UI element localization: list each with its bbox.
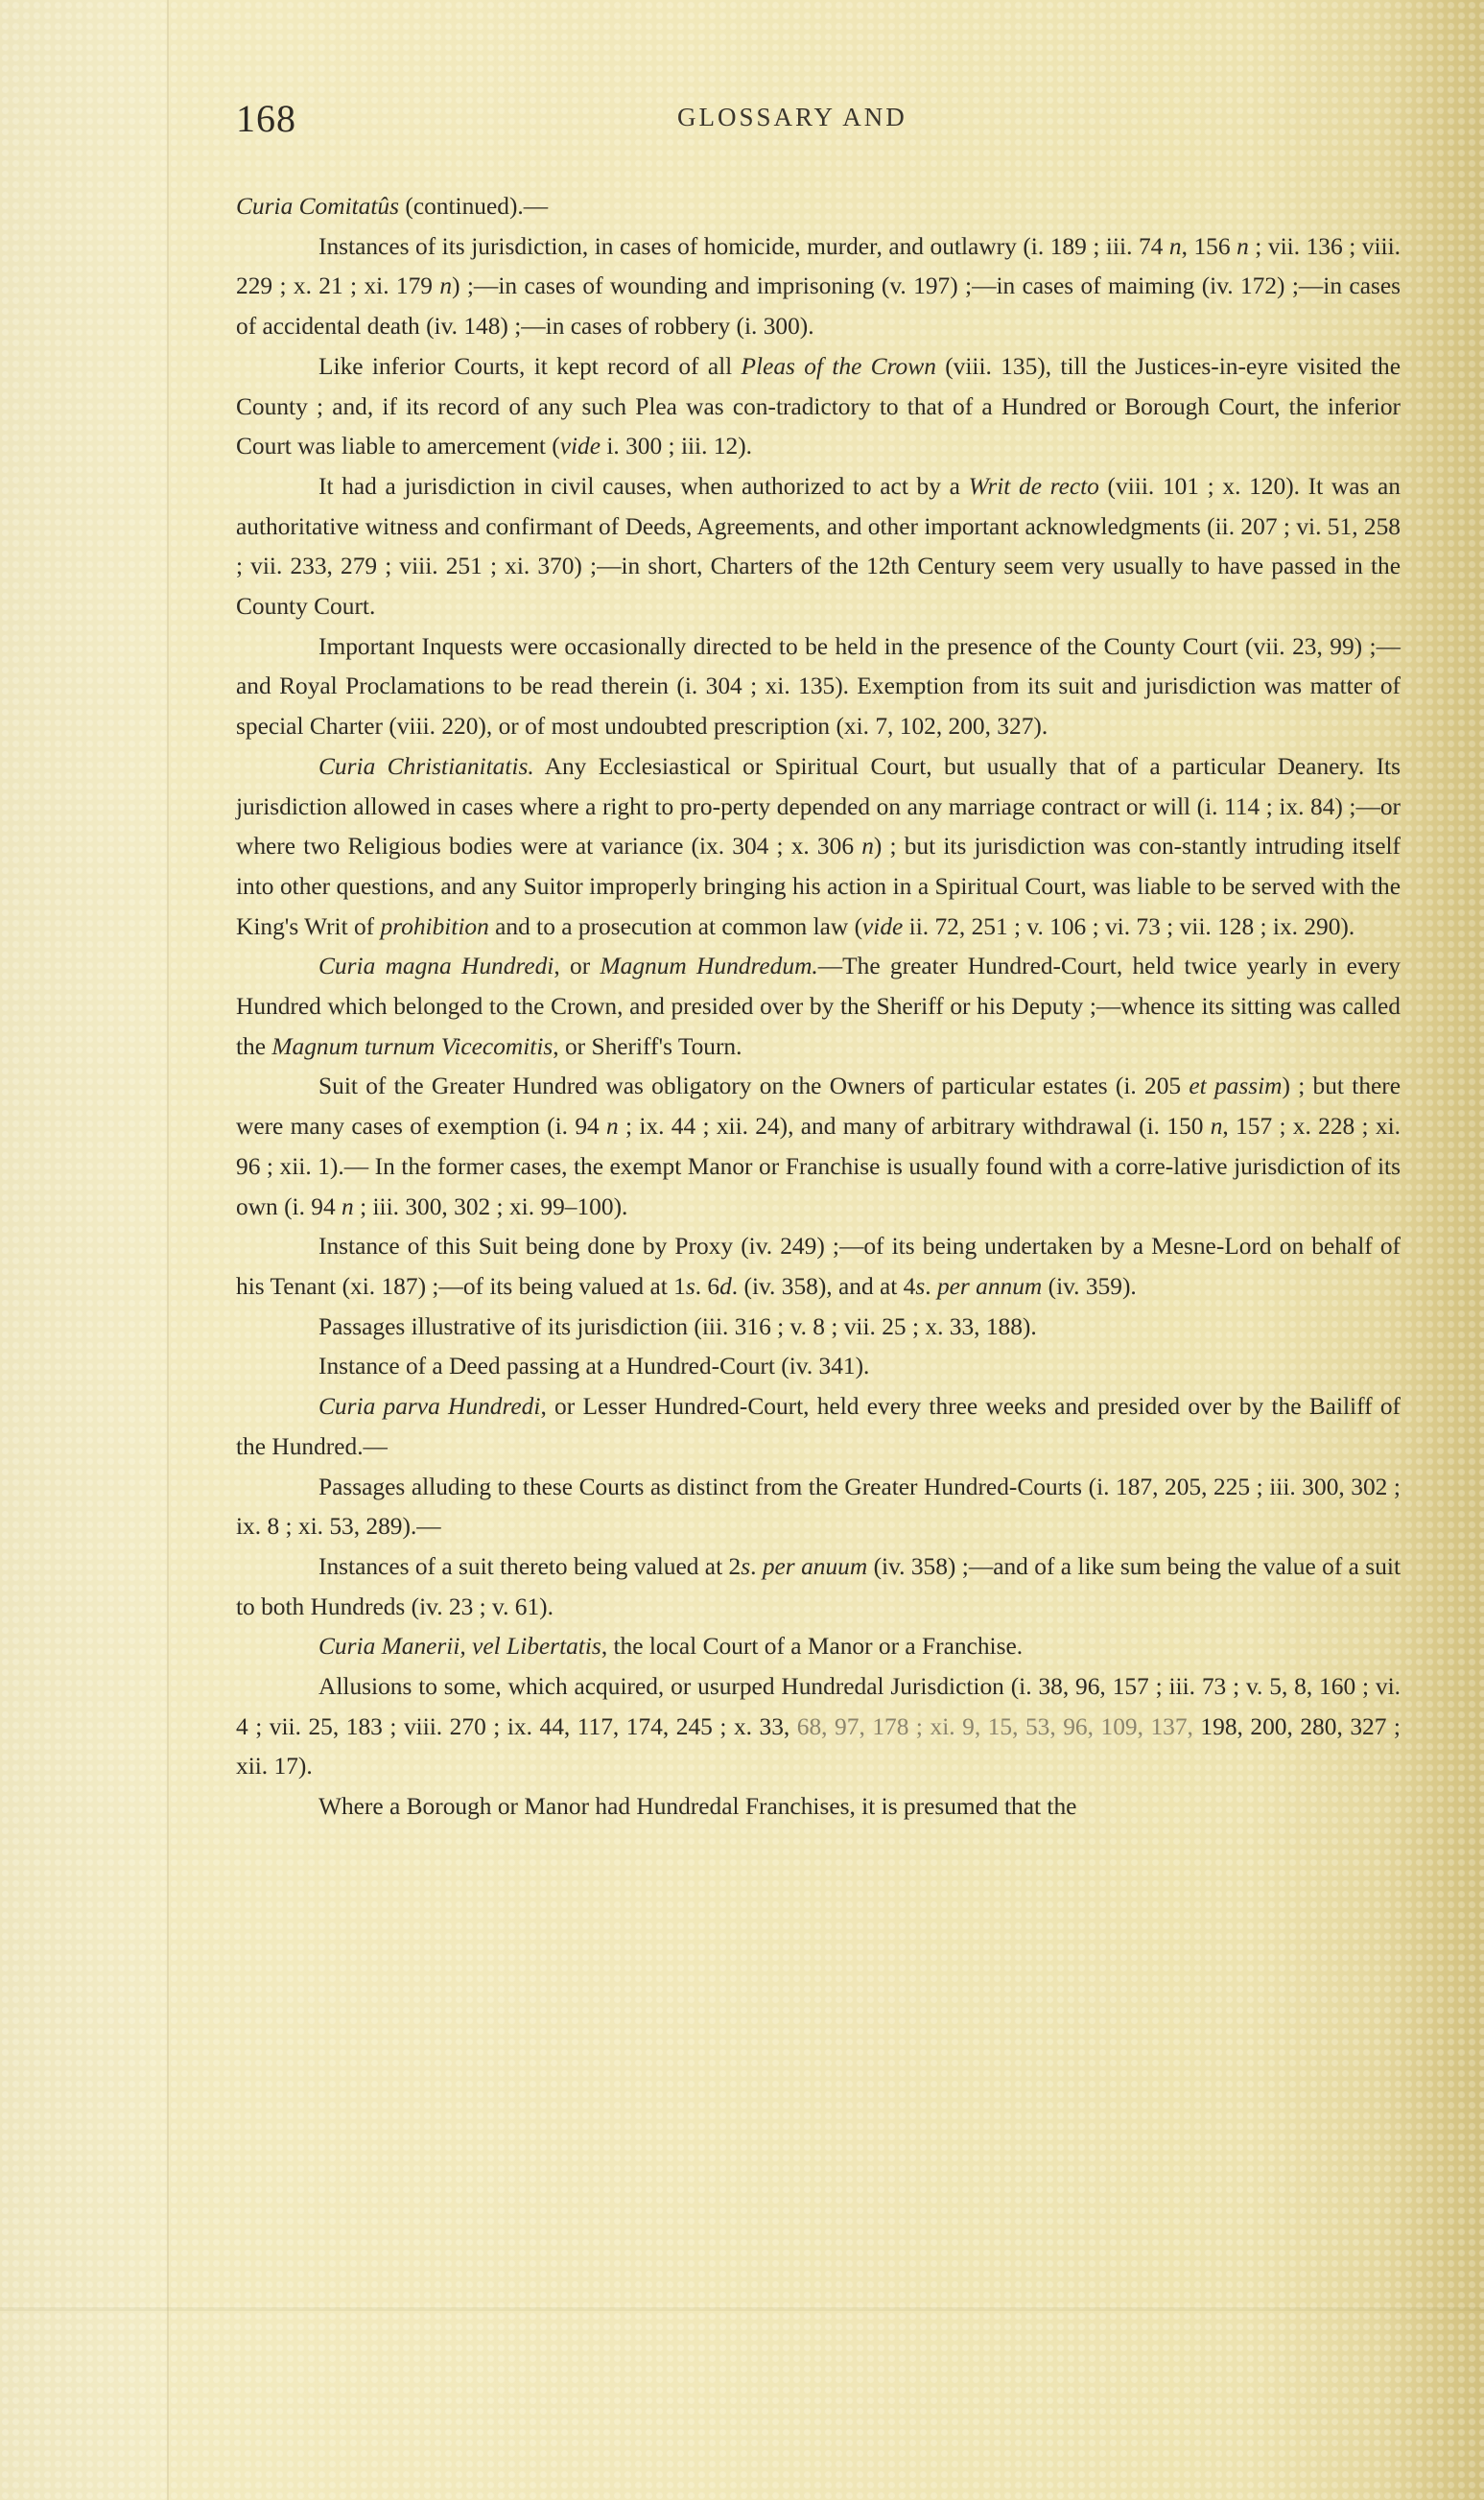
text-run: Instances of its jurisdiction, in cases …	[318, 233, 1169, 260]
italic-term: Curia magna Hundredi	[318, 953, 554, 979]
italic-term: Writ de recto	[969, 473, 1099, 500]
italic-term: n	[606, 1113, 619, 1140]
italic-term: n	[439, 272, 452, 299]
text-run: Where a Borough or Manor had Hundredal F…	[318, 1793, 1076, 1820]
glossary-entry: Curia Manerii, vel Libertatis, the local…	[236, 1627, 1401, 1667]
text-run: and to a prosecution at common law (	[489, 913, 862, 940]
glossary-paragraph: Passages illustrative of its jurisdictio…	[236, 1308, 1401, 1348]
glossary-paragraph: Like inferior Courts, it kept record of …	[236, 347, 1401, 467]
glossary-paragraph: Important Inquests were occasionally dir…	[236, 627, 1401, 747]
italic-term: vide	[862, 913, 903, 940]
text-run: Passages alluding to these Courts as dis…	[236, 1474, 1401, 1541]
text-run: ii. 72, 251 ; v. 106 ; vi. 73 ; vii. 128…	[903, 913, 1354, 940]
page-number: 168	[236, 96, 296, 141]
text-run: Passages illustrative of its jurisdictio…	[318, 1313, 1037, 1340]
text-run: 68, 97, 178 ; xi. 9, 15, 53, 96, 109, 13…	[797, 1713, 1193, 1740]
running-title: GLOSSARY AND	[677, 103, 907, 132]
italic-term: Magnum turnum Vicecomitis	[271, 1033, 553, 1060]
glossary-entry: Curia Christianitatis. Any Ecclesiastica…	[236, 747, 1401, 948]
text-run: Instances of a suit thereto being valued…	[318, 1553, 741, 1580]
italic-term: vide	[560, 433, 601, 460]
text-run: . (iv. 358), and at 4	[732, 1273, 916, 1300]
italic-term: n	[1237, 233, 1249, 260]
italic-term: n	[1211, 1113, 1223, 1140]
italic-term: et passim	[1189, 1073, 1282, 1099]
book-page: 168 GLOSSARY AND Curia Comitatûs (contin…	[0, 0, 1484, 2500]
text-run: Important Inquests were occasionally dir…	[236, 633, 1401, 740]
glossary-body: Curia Comitatûs (continued).—Instances o…	[236, 187, 1401, 1828]
glossary-paragraph: Instance of this Suit being done by Prox…	[236, 1227, 1401, 1307]
glossary-entry-continued: Curia Comitatûs (continued).—	[236, 187, 1401, 227]
italic-term: Curia Manerii, vel Libertatis	[318, 1633, 601, 1660]
italic-term: Curia Christianitatis.	[318, 753, 534, 780]
italic-term: prohibition	[380, 913, 488, 940]
italic-term: s	[741, 1553, 750, 1580]
glossary-entry: Curia parva Hundredi, or Lesser Hundred-…	[236, 1387, 1401, 1467]
text-run: .	[925, 1273, 937, 1300]
italic-term: n	[1169, 233, 1182, 260]
italic-term: d	[719, 1273, 732, 1300]
glossary-entry: Curia magna Hundredi, or Magnum Hundredu…	[236, 947, 1401, 1067]
italic-term: Curia parva Hundredi	[318, 1393, 540, 1420]
scan-gutter-edge	[167, 0, 169, 2500]
glossary-paragraph: Suit of the Greater Hundred was obligato…	[236, 1067, 1401, 1227]
text-run: i. 300 ; iii. 12).	[601, 433, 752, 460]
italic-term: per annum	[937, 1273, 1042, 1300]
text-run: Like inferior Courts, it kept record of …	[318, 353, 742, 380]
italic-term: n	[342, 1193, 354, 1220]
glossary-paragraph: Allusions to some, which acquired, or us…	[236, 1667, 1401, 1787]
glossary-paragraph: Instances of its jurisdiction, in cases …	[236, 227, 1401, 347]
text-run: It had a jurisdiction in civil causes, w…	[318, 473, 969, 500]
glossary-paragraph: Instances of a suit thereto being valued…	[236, 1547, 1401, 1627]
text-run: . 6	[695, 1273, 719, 1300]
text-run: , or	[554, 953, 600, 979]
italic-term: n	[861, 833, 874, 860]
text-run: , 156	[1182, 233, 1237, 260]
text-run: Suit of the Greater Hundred was obligato…	[318, 1073, 1189, 1099]
text-run: , or Sheriff's Tourn.	[553, 1033, 742, 1060]
glossary-paragraph: Instance of a Deed passing at a Hundred-…	[236, 1347, 1401, 1387]
text-run: .	[750, 1553, 763, 1580]
italic-term: Magnum Hundredum.	[600, 953, 817, 979]
italic-term: s	[915, 1273, 925, 1300]
text-run: , the local Court of a Manor or a Franch…	[601, 1633, 1023, 1660]
text-run: ; iii. 300, 302 ; xi. 99–100).	[354, 1193, 628, 1220]
italic-term: per anuum	[763, 1553, 867, 1580]
glossary-paragraph: It had a jurisdiction in civil causes, w…	[236, 467, 1401, 627]
glossary-paragraph: Passages alluding to these Courts as dis…	[236, 1468, 1401, 1547]
text-run: Instance of a Deed passing at a Hundred-…	[318, 1353, 869, 1380]
text-run: (continued).—	[399, 193, 548, 220]
text-run: ; ix. 44 ; xii. 24), and many of arbitra…	[619, 1113, 1211, 1140]
italic-term: Pleas of the Crown	[742, 353, 936, 380]
glossary-paragraph: Where a Borough or Manor had Hundredal F…	[236, 1787, 1401, 1828]
running-header: 168 GLOSSARY AND	[236, 96, 1406, 153]
text-run: (iv. 359).	[1042, 1273, 1137, 1300]
italic-term: s	[686, 1273, 695, 1300]
italic-term: Curia Comitatûs	[236, 193, 399, 220]
